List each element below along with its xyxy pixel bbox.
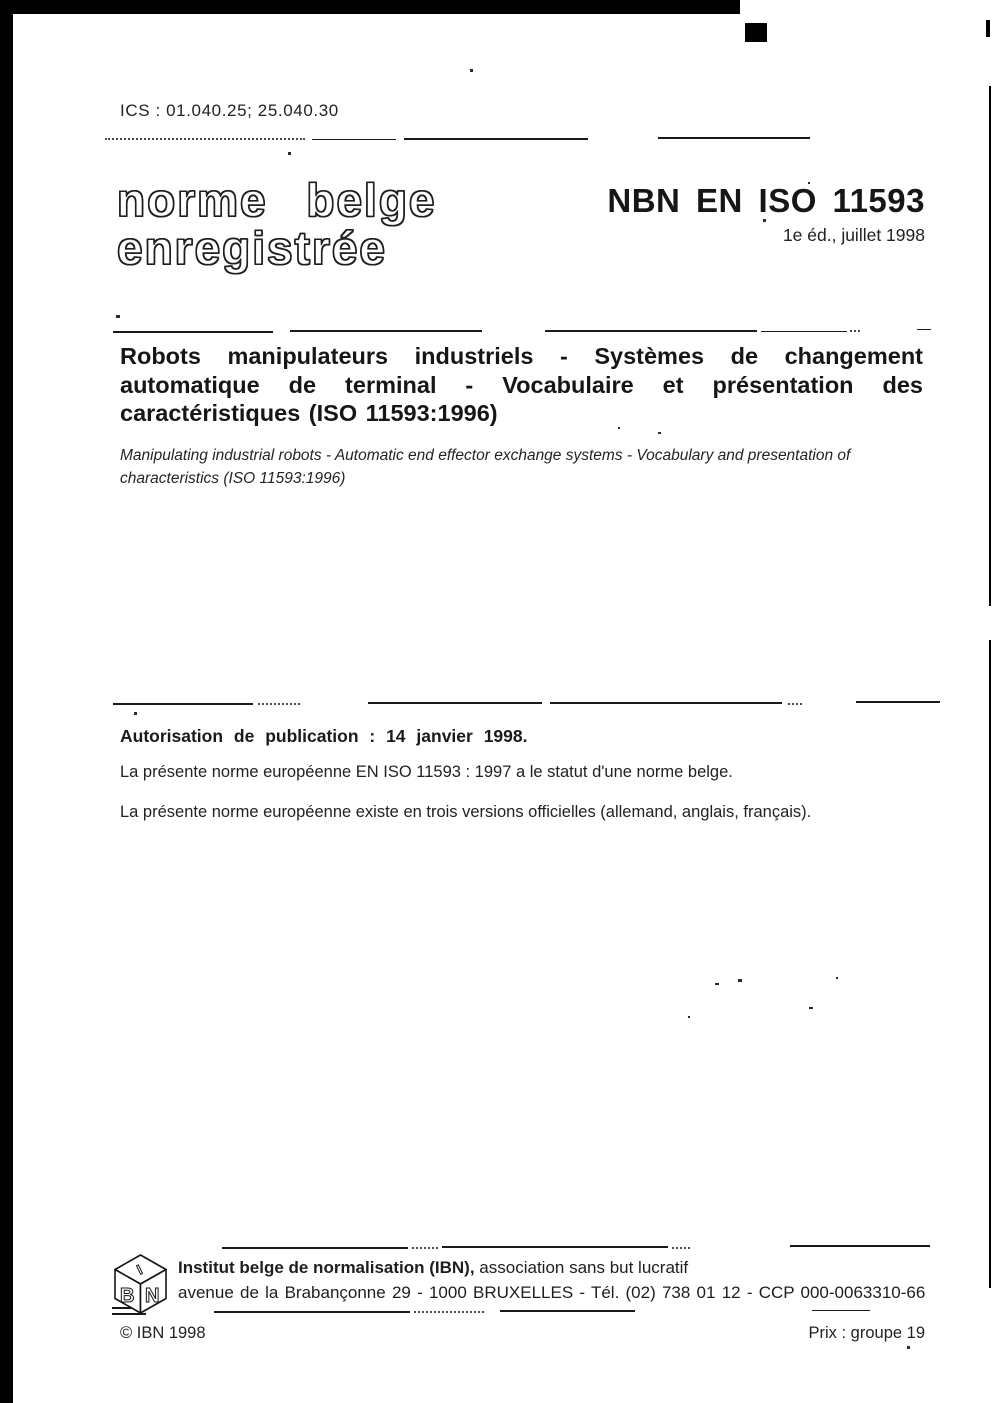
scan-speck (836, 977, 838, 979)
scanned-standard-cover-page: ICS : 01.040.25; 25.040.30 norme belge e… (0, 0, 992, 1403)
title-english: Manipulating industrial robots - Automat… (120, 444, 932, 490)
scan-edge-right-line-1 (989, 86, 991, 606)
rule-title-c (545, 330, 757, 332)
publisher-name-line: Institut belge de normalisation (IBN), a… (178, 1258, 925, 1278)
scan-speck (715, 983, 719, 985)
rule-ics-dotted (105, 138, 305, 140)
rule-auth-d (856, 701, 940, 703)
publisher-name-bold: Institut belge de normalisation (IBN), (178, 1258, 475, 1277)
price-group: Prix : groupe 19 (809, 1324, 925, 1343)
scan-edge-top (0, 0, 740, 14)
title-french-line1: Robots manipulateurs industriels - Systè… (120, 342, 923, 371)
rule-ics-a (312, 139, 396, 140)
scan-speck (470, 69, 473, 72)
standard-code: NBN EN ISO 11593 (607, 182, 925, 220)
registration-mark-line2: enregistrée (117, 224, 437, 272)
rule-auth-dots2 (788, 703, 802, 705)
scan-edge-left (0, 0, 13, 1403)
standard-edition: 1e éd., juillet 1998 (607, 225, 925, 246)
publisher-address: avenue de la Brabançonne 29 - 1000 BRUXE… (178, 1283, 925, 1303)
copyright-notice: © IBN 1998 (120, 1324, 206, 1343)
scan-speck (809, 1007, 813, 1009)
title-french-line2: automatique de terminal - Vocabulaire et… (120, 371, 923, 400)
scan-speck (658, 432, 661, 434)
versions-note: La présente norme européenne existe en t… (120, 803, 811, 822)
ibn-logo-letter-left: B (120, 1285, 134, 1307)
scan-speck (288, 152, 291, 155)
scan-speck (688, 1016, 690, 1018)
ics-code: ICS : 01.040.25; 25.040.30 (120, 101, 339, 121)
publisher-text: Institut belge de normalisation (IBN), a… (178, 1254, 925, 1303)
registration-mark-line1: norme belge (117, 176, 437, 224)
authorization-statement: Autorisation de publication : 14 janvier… (120, 726, 527, 747)
scan-speck (738, 979, 742, 982)
rule-auth-c (550, 702, 782, 704)
title-english-line2: characteristics (ISO 11593:1996) (120, 467, 932, 490)
ibn-cube-icon: I B N (112, 1254, 169, 1314)
rule-pub-top-c (790, 1245, 930, 1247)
standard-block: NBN EN ISO 11593 1e éd., juillet 1998 (607, 182, 925, 246)
rule-pub-top-a (222, 1247, 408, 1249)
scan-blob (745, 23, 767, 42)
publisher-block: I B N Institut belge de normalisation (I… (112, 1254, 952, 1319)
rule-pub-top-dots1 (412, 1247, 438, 1249)
title-english-line1: Manipulating industrial robots - Automat… (120, 444, 932, 467)
registration-mark: norme belge enregistrée (117, 176, 437, 272)
publisher-name-rest: association sans but lucratif (475, 1258, 689, 1277)
ibn-logo-letter-right: N (145, 1285, 159, 1307)
rule-auth-b (368, 702, 542, 704)
scan-edge-right-mark (986, 20, 990, 37)
rule-auth-a (113, 703, 253, 705)
rule-pub-top-b (442, 1246, 668, 1248)
scan-speck (116, 315, 120, 318)
rule-title-d (761, 331, 847, 332)
rule-title-a (113, 331, 273, 333)
status-note: La présente norme européenne EN ISO 1159… (120, 763, 733, 782)
scan-edge-right-line-2 (989, 640, 991, 1288)
rule-ics-b (404, 138, 588, 140)
scan-speck (134, 712, 137, 715)
rule-title-dots (850, 330, 860, 332)
rule-ics-c (658, 137, 810, 139)
rule-title-e (917, 329, 931, 330)
scan-speck (907, 1346, 910, 1349)
rule-title-b (290, 330, 482, 332)
title-french-line3: caractéristiques (ISO 11593:1996) (120, 399, 923, 428)
rule-auth-dots1 (258, 703, 300, 705)
title-french: Robots manipulateurs industriels - Systè… (120, 342, 923, 428)
rule-pub-top-dots2 (672, 1247, 690, 1249)
ibn-logo: I B N (112, 1254, 169, 1319)
